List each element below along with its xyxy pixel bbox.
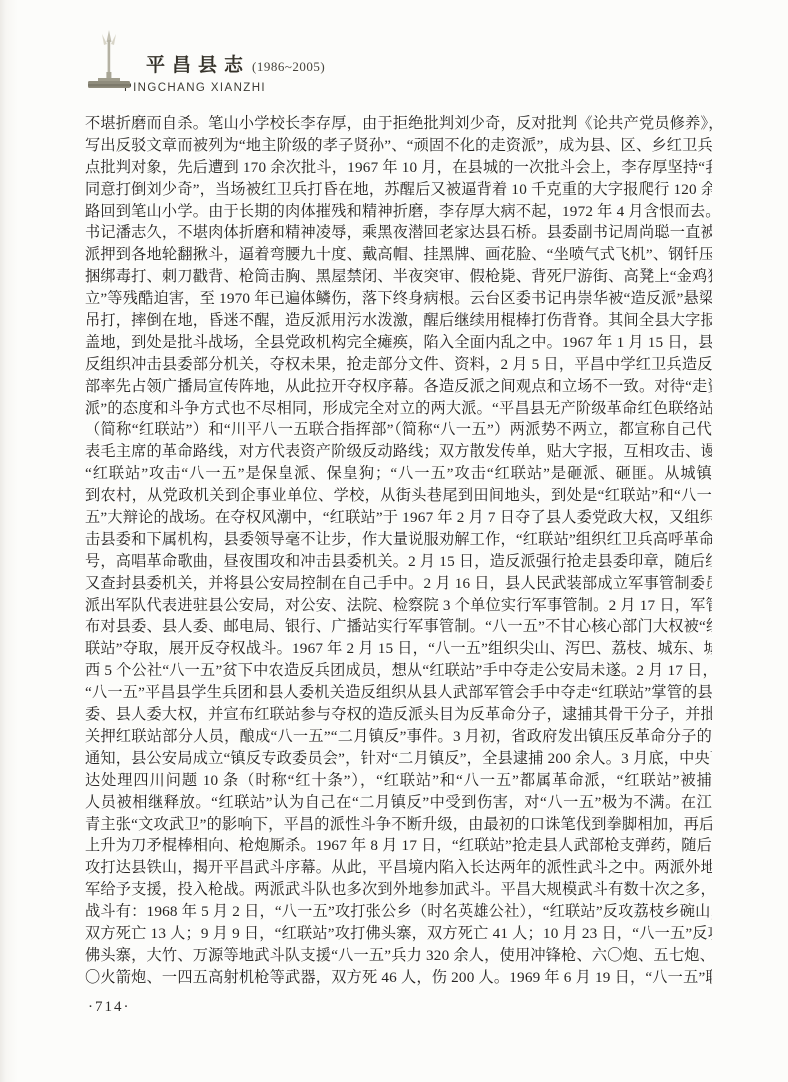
- text-line: 写出反驳文章而被列为“地主阶级的孝子贤孙”、“顽固不化的走资派”，成为县、区、乡…: [85, 135, 712, 157]
- text-line: 派”的态度和斗争方式也不尽相同，形成完全对立的两大派。“平昌县无产阶级革命红色联…: [85, 398, 712, 420]
- text-line: 击县委和下属机构，县委领导毫不让步，作大量说服劝解工作，“红联站”组织红卫兵高呼…: [85, 529, 712, 551]
- text-line: 战斗有：1968 年 5 月 2 日，“八一五”攻打张公乡（时名英雄公社），“红…: [85, 901, 712, 923]
- text-line: 佛头寨，大竹、万源等地武斗队支援“八一五”兵力 320 余人，使用冲锋枪、六〇炮…: [85, 945, 712, 967]
- text-line: 同意打倒刘少奇”，当场被红卫兵打昏在地，苏醒后又被逼背着 10 千克重的大字报爬…: [85, 179, 712, 201]
- scanned-gazetteer-page: 平昌县志 (1986~2005) PINGCHANG XIANZHI 不堪折磨而…: [0, 0, 788, 1082]
- text-line: 军给予支援，投入枪战。两派武斗队也多次到外地参加武斗。平昌大规模武斗有数十次之多…: [85, 879, 712, 901]
- text-line: “八一五”平昌县学生兵团和县人委机关造反组织从县人武部军管会手中夺走“红联站”掌…: [85, 682, 712, 704]
- text-line: 委、县人委大权，并宣布红联站参与夺权的造反派头目为反革命分子，逮捕其骨干分子，并…: [85, 704, 712, 726]
- wordmark: 平昌县志 (1986~2005) PINGCHANG XIANZHI: [146, 28, 325, 94]
- text-line: 吊打，摔倒在地，昏迷不醒，造反派用污水泼激，醒后继续用棍棒打伤背脊。其间全县大字…: [85, 310, 712, 332]
- text-line: 五”大辩论的战场。在夺权风潮中，“红联站”于 1967 年 2 月 7 日夺了县…: [85, 507, 712, 529]
- text-line: 西 5 个公社“八一五”贫下中农造反兵团成员，想从“红联站”手中夺走公安局未遂。…: [85, 660, 712, 682]
- page-header: 平昌县志 (1986~2005) PINGCHANG XIANZHI: [76, 28, 325, 98]
- text-line: 立”等残酷迫害，至 1970 年已遍体鳞伤，落下终身病根。云台区委书记冉崇华被“…: [85, 288, 712, 310]
- text-line: 上升为刀矛棍棒相向、枪炮厮杀。1967 年 8 月 17 日，“红联站”抢走县人…: [85, 835, 712, 857]
- text-line: 不堪折磨而自杀。笔山小学校长李存厚，由于拒绝批判刘少奇，反对批判《论共产党员修养…: [85, 113, 712, 135]
- text-line: 攻打达县铁山，揭开平昌武斗序幕。从此，平昌境内陷入长达两年的派性武斗之中。两派外…: [85, 857, 712, 879]
- text-line: 书记潘志久，不堪肉体折磨和精神凌辱，乘黑夜潜回老家达县石桥。县委副书记周尚聪一直…: [85, 222, 712, 244]
- text-line: 联站”夺取，展开反夺权战斗。1967 年 2 月 15 日，“八一五”组织尖山、…: [85, 638, 712, 660]
- text-line: 表毛主席的革命路线，对方代表资产阶级反动路线；双方散发传单，贴大字报，互相攻击、…: [85, 441, 712, 463]
- page-title: 平昌县志: [146, 50, 250, 77]
- text-line: 盖地，到处是批斗战场，全县党政机构完全瘫痪，陷入全面内乱之中。1967 年 1 …: [85, 332, 712, 354]
- text-line: 到农村，从党政机关到企事业单位、学校，从街头巷尾到田间地头，到处是“红联站”和“…: [85, 485, 712, 507]
- text-line: 号，高唱革命歌曲，昼夜围攻和冲击县委机关。2 月 15 日，造反派强行抢走县委印…: [85, 551, 712, 573]
- title-years: (1986~2005): [252, 59, 325, 75]
- text-line: 又查封县委机关，并将县公安局控制在自己手中。2 月 16 日，县人民武装部成立军…: [85, 573, 712, 595]
- text-line: 派出军队代表进驻县公安局，对公安、法院、检察院 3 个单位实行军事管制。2 月 …: [85, 595, 712, 617]
- text-line: 青主张“文攻武卫”的影响下，平昌的派性斗争不断升级，由最初的口诛笔伐到拳脚相加，…: [85, 814, 712, 836]
- page-number: ·714·: [88, 999, 131, 1016]
- monument-icon: [76, 28, 142, 94]
- text-line: 派押到各地轮翻揪斗，逼着弯腰九十度、戴高帽、挂黑牌、画花脸、“坐喷气式飞机”、钢…: [85, 244, 712, 266]
- title-pinyin: PINGCHANG XIANZHI: [124, 82, 325, 94]
- text-line: 路回到笔山小学。由于长期的肉体摧残和精神折磨，李存厚大病不起，1972 年 4 …: [85, 201, 712, 223]
- text-line: 反组织冲击县委部分机关，夺权未果，抢走部分文件、资料，2 月 5 日，平昌中学红…: [85, 354, 712, 376]
- text-line: “红联站”攻击“八一五”是保皇派、保皇狗；“八一五”攻击“红联站”是砸派、砸匪。…: [85, 463, 712, 485]
- text-line: 达处理四川问题 10 条（时称“红十条”），“红联站”和“八一五”都属革命派，“…: [85, 770, 712, 792]
- text-line: 布对县委、县人委、邮电局、银行、广播站实行军事管制。“八一五”不甘心核心部门大权…: [85, 616, 712, 638]
- text-line: （简称“红联站”）和“川平八一五联合指挥部”（简称“八一五”）两派势不两立，都宣…: [85, 419, 712, 441]
- text-line: 通知，县公安局成立“镇反专政委员会”，针对“二月镇反”，全县逮捕 200 余人。…: [85, 748, 712, 770]
- text-line: 人员被相继释放。“红联站”认为自己在“二月镇反”中受到伤害，对“八一五”极为不满…: [85, 792, 712, 814]
- text-line: 关押红联站部分人员，酿成“八一五”“二月镇反”事件。3 月初，省政府发出镇压反革…: [85, 726, 712, 748]
- text-line: 双方死亡 13 人；9 月 9 日，“红联站”攻打佛头寨，双方死亡 41 人；1…: [85, 923, 712, 945]
- text-line: 部率先占领广播局宣传阵地，从此拉开夺权序幕。各造反派之间观点和立场不一致。对待“…: [85, 376, 712, 398]
- text-line: 捆绑毒打、刺刀戳背、枪筒击胸、黑屋禁闭、半夜突审、假枪毙、背死尸游街、高凳上“金…: [85, 266, 712, 288]
- text-line: 〇火箭炮、一四五高射机枪等武器，双方死 46 人，伤 200 人。1969 年 …: [85, 967, 712, 989]
- body-text: 不堪折磨而自杀。笔山小学校长李存厚，由于拒绝批判刘少奇，反对批判《论共产党员修养…: [85, 113, 712, 989]
- text-line: 点批判对象，先后遭到 170 余次批斗，1967 年 10 月，在县城的一次批斗…: [85, 157, 712, 179]
